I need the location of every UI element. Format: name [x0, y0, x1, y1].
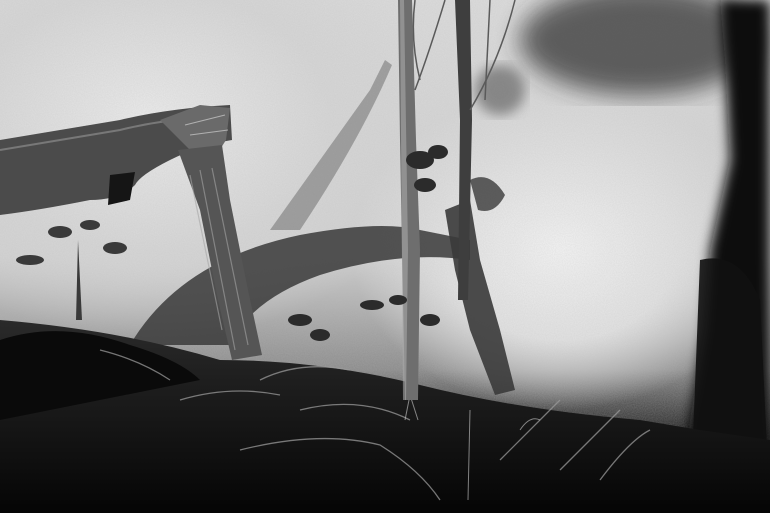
photograph: Broken tree stump and thin saplings in f…	[0, 0, 770, 513]
photo-scene	[0, 0, 770, 513]
